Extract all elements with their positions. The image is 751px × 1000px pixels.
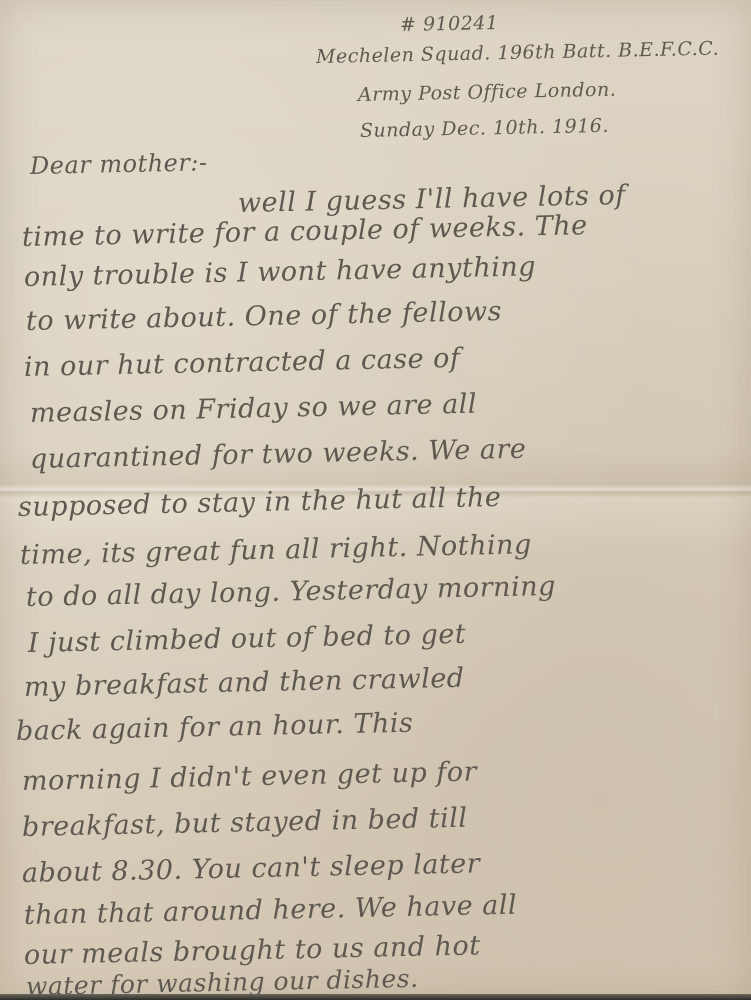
body-line: about 8.30. You can't sleep later (22, 848, 481, 889)
body-line: morning I didn't even get up for (22, 756, 478, 797)
body-line: in our hut contracted a case of (24, 343, 461, 383)
body-line: time to write for a couple of weeks. The (22, 210, 588, 253)
body-line: measles on Friday so we are all (30, 389, 478, 429)
body-line: breakfast, but stayed in bed till (22, 803, 468, 843)
body-line: than that around here. We have all (24, 890, 518, 931)
unit-line: Mechelen Squad. 196th Batt. B.E.F.C.C. (316, 38, 720, 68)
body-line: I just climbed out of bed to get (28, 619, 467, 659)
salutation: Dear mother:- (30, 148, 208, 180)
body-line: my breakfast and then crawled (24, 663, 465, 703)
body-line: time, its great fun all right. Nothing (20, 529, 532, 571)
service-number: # 910241 (400, 12, 499, 36)
scan-bottom-edge (0, 994, 751, 1000)
letter-page: # 910241 Mechelen Squad. 196th Batt. B.E… (0, 0, 751, 1000)
body-line: only trouble is I wont have anything (24, 251, 537, 293)
date-line: Sunday Dec. 10th. 1916. (360, 115, 609, 142)
body-line: to write about. One of the fellows (26, 296, 503, 337)
body-line: quarantined for two weeks. We are (30, 434, 527, 475)
body-line: to do all day long. Yesterday morning (26, 571, 556, 613)
address-line: Army Post Office London. (358, 79, 617, 106)
body-line: back again for an hour. This (16, 708, 414, 747)
